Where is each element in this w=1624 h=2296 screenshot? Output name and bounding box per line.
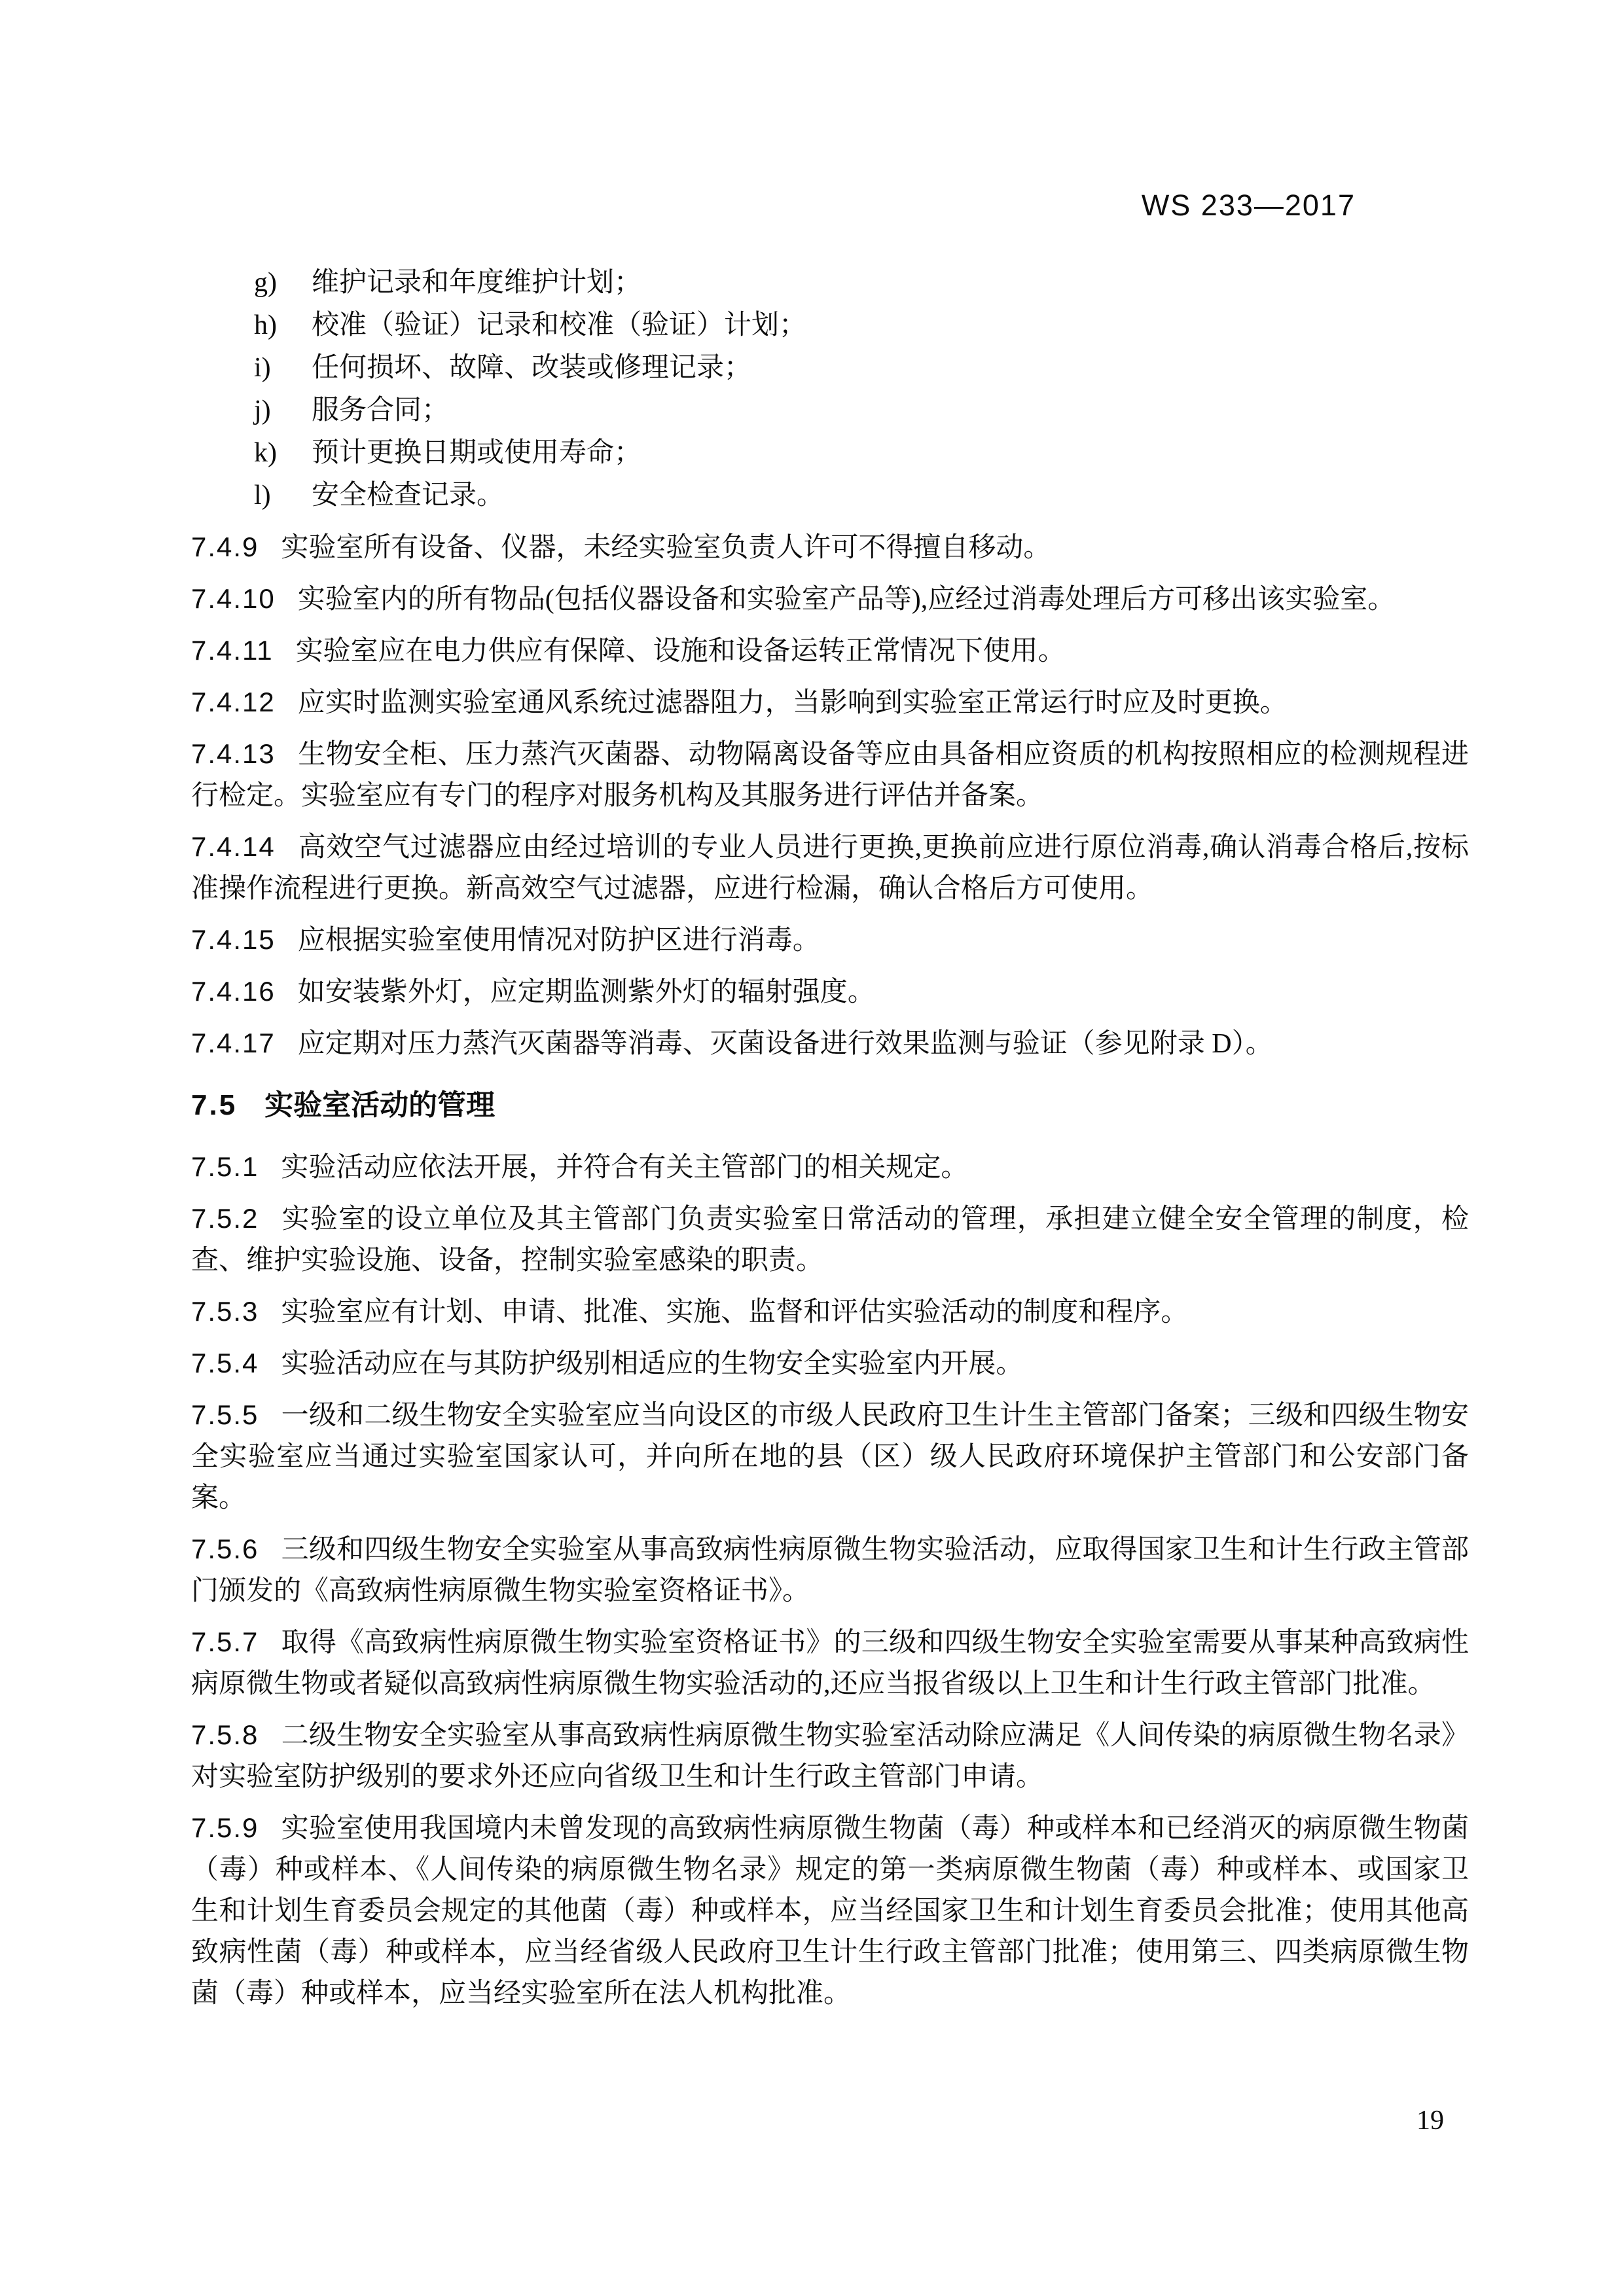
section-number: 7.4.14 bbox=[191, 831, 276, 862]
section-number: 7.4.15 bbox=[191, 924, 276, 955]
section-number: 7.5.7 bbox=[191, 1626, 259, 1657]
section-text: 高效空气过滤器应由经过培训的专业人员进行更换,更换前应进行原位消毒,确认消毒合格… bbox=[191, 833, 1469, 904]
section-number: 7.4.16 bbox=[191, 976, 276, 1007]
list-item-text: 安全检查记录。 bbox=[312, 475, 1469, 517]
list-item-label: i) bbox=[254, 347, 312, 389]
section-paragraph-7-4-16: 7.4.16如安装紫外灯，应定期监测紫外灯的辐射强度。 bbox=[191, 971, 1469, 1013]
section-text: 实验活动应依法开展，并符合有关主管部门的相关规定。 bbox=[281, 1153, 968, 1183]
section-paragraph-7-4-10: 7.4.10实验室内的所有物品(包括仪器设备和实验室产品等),应经过消毒处理后方… bbox=[191, 578, 1469, 620]
section-paragraph-7-5-1: 7.5.1实验活动应依法开展，并符合有关主管部门的相关规定。 bbox=[191, 1146, 1469, 1189]
section-number: 7.4.9 bbox=[191, 531, 259, 562]
section-paragraph-7-4-12: 7.4.12应实时监测实验室通风系统过滤器阻力，当影响到实验室正常运行时应及时更… bbox=[191, 681, 1469, 724]
section-text: 应定期对压力蒸汽灭菌器等消毒、灭菌设备进行效果监测与验证（参见附录 D）。 bbox=[298, 1029, 1273, 1059]
section-number: 7.4.12 bbox=[191, 687, 276, 717]
section-number: 7.5.1 bbox=[191, 1151, 259, 1182]
section-text: 取得《高致病性病原微生物实验室资格证书》的三级和四级生物安全实验室需要从事某种高… bbox=[191, 1628, 1469, 1699]
list-item: i) 任何损坏、故障、改装或修理记录； bbox=[254, 347, 1469, 389]
section-paragraph-7-4-9: 7.4.9实验室所有设备、仪器，未经实验室负责人许可不得擅自移动。 bbox=[191, 526, 1469, 569]
section-number: 7.4.10 bbox=[191, 583, 276, 614]
section-text: 实验室的设立单位及其主管部门负责实验室日常活动的管理，承担建立健全安全管理的制度… bbox=[191, 1204, 1469, 1276]
list-item-text: 任何损坏、故障、改装或修理记录； bbox=[312, 347, 1469, 389]
section-paragraph-7-5-7: 7.5.7取得《高致病性病原微生物实验室资格证书》的三级和四级生物安全实验室需要… bbox=[191, 1621, 1469, 1705]
section-paragraph-7-5-6: 7.5.6三级和四级生物安全实验室从事高致病性病原微生物实验活动，应取得国家卫生… bbox=[191, 1528, 1469, 1612]
heading-number: 7.5 bbox=[191, 1089, 237, 1121]
list-item-label: k) bbox=[254, 432, 312, 475]
list-item-label: l) bbox=[254, 475, 312, 517]
section-paragraph-7-5-8: 7.5.8二级生物安全实验室从事高致病性病原微生物实验室活动除应满足《人间传染的… bbox=[191, 1714, 1469, 1798]
section-text: 二级生物安全实验室从事高致病性病原微生物实验室活动除应满足《人间传染的病原微生物… bbox=[191, 1721, 1469, 1792]
section-number: 7.5.8 bbox=[191, 1719, 259, 1750]
section-number: 7.5.6 bbox=[191, 1534, 259, 1564]
section-number: 7.4.11 bbox=[191, 635, 274, 666]
list-item: g) 维护记录和年度维护计划； bbox=[254, 262, 1469, 304]
section-paragraph-7-5-3: 7.5.3实验室应有计划、申请、批准、实施、监督和评估实验活动的制度和程序。 bbox=[191, 1291, 1469, 1333]
section-text: 实验室应有计划、申请、批准、实施、监督和评估实验活动的制度和程序。 bbox=[281, 1297, 1188, 1327]
section-text: 如安装紫外灯，应定期监测紫外灯的辐射强度。 bbox=[298, 977, 875, 1007]
list-item-label: j) bbox=[254, 389, 312, 432]
document-page: WS 233—2017 g) 维护记录和年度维护计划； h) 校准（验证）记录和… bbox=[0, 0, 1624, 2296]
page-content: g) 维护记录和年度维护计划； h) 校准（验证）记录和校准（验证）计划； i)… bbox=[191, 262, 1469, 2024]
section-text: 应实时监测实验室通风系统过滤器阻力，当影响到实验室正常运行时应及时更换。 bbox=[298, 688, 1288, 718]
list-item: h) 校准（验证）记录和校准（验证）计划； bbox=[254, 304, 1469, 347]
section-number: 7.5.3 bbox=[191, 1296, 259, 1327]
list-item-text: 校准（验证）记录和校准（验证）计划； bbox=[312, 304, 1469, 347]
section-text: 实验室内的所有物品(包括仪器设备和实验室产品等),应经过消毒处理后方可移出该实验… bbox=[298, 584, 1395, 615]
section-paragraph-7-5-4: 7.5.4实验活动应在与其防护级别相适应的生物安全实验室内开展。 bbox=[191, 1342, 1469, 1385]
section-heading-7-5: 7.5实验室活动的管理 bbox=[191, 1085, 1469, 1126]
section-paragraph-7-5-2: 7.5.2实验室的设立单位及其主管部门负责实验室日常活动的管理，承担建立健全安全… bbox=[191, 1198, 1469, 1282]
section-text: 实验室使用我国境内未曾发现的高致病性病原微生物菌（毒）种或样本和已经消灭的病原微… bbox=[191, 1814, 1469, 2009]
page-number: 19 bbox=[1416, 2105, 1444, 2136]
section-paragraph-7-5-9: 7.5.9实验室使用我国境内未曾发现的高致病性病原微生物菌（毒）种或样本和已经消… bbox=[191, 1807, 1469, 2015]
section-text: 实验室应在电力供应有保障、设施和设备运转正常情况下使用。 bbox=[296, 636, 1066, 666]
section-text: 三级和四级生物安全实验室从事高致病性病原微生物实验活动，应取得国家卫生和计生行政… bbox=[191, 1535, 1469, 1606]
list-item-text: 服务合同； bbox=[312, 389, 1469, 432]
section-text: 应根据实验室使用情况对防护区进行消毒。 bbox=[298, 925, 820, 956]
list-item: j) 服务合同； bbox=[254, 389, 1469, 432]
section-number: 7.5.2 bbox=[191, 1203, 259, 1234]
list-item-label: g) bbox=[254, 262, 312, 304]
heading-title: 实验室活动的管理 bbox=[264, 1089, 495, 1121]
list-item-text: 维护记录和年度维护计划； bbox=[312, 262, 1469, 304]
section-paragraph-7-4-13: 7.4.13生物安全柜、压力蒸汽灭菌器、动物隔离设备等应由具备相应资质的机构按照… bbox=[191, 733, 1469, 817]
section-number: 7.4.17 bbox=[191, 1028, 276, 1058]
section-text: 实验室所有设备、仪器，未经实验室负责人许可不得擅自移动。 bbox=[281, 533, 1051, 563]
section-number: 7.4.13 bbox=[191, 738, 276, 769]
section-paragraph-7-4-17: 7.4.17应定期对压力蒸汽灭菌器等消毒、灭菌设备进行效果监测与验证（参见附录 … bbox=[191, 1022, 1469, 1065]
section-number: 7.5.9 bbox=[191, 1812, 259, 1843]
section-paragraph-7-5-5: 7.5.5一级和二级生物安全实验室应当向设区的市级人民政府卫生计生主管部门备案；… bbox=[191, 1394, 1469, 1519]
section-text: 生物安全柜、压力蒸汽灭菌器、动物隔离设备等应由具备相应资质的机构按照相应的检测规… bbox=[191, 740, 1469, 811]
list-item: l) 安全检查记录。 bbox=[254, 475, 1469, 517]
list-item-label: h) bbox=[254, 304, 312, 347]
section-paragraph-7-4-11: 7.4.11实验室应在电力供应有保障、设施和设备运转正常情况下使用。 bbox=[191, 630, 1469, 672]
standard-code-header: WS 233—2017 bbox=[0, 188, 1356, 223]
section-text: 实验活动应在与其防护级别相适应的生物安全实验室内开展。 bbox=[281, 1349, 1023, 1379]
section-number: 7.5.5 bbox=[191, 1399, 259, 1430]
list-item: k) 预计更换日期或使用寿命； bbox=[254, 432, 1469, 475]
section-text: 一级和二级生物安全实验室应当向设区的市级人民政府卫生计生主管部门备案；三级和四级… bbox=[191, 1401, 1469, 1513]
list-item-text: 预计更换日期或使用寿命； bbox=[312, 432, 1469, 475]
section-paragraph-7-4-15: 7.4.15应根据实验室使用情况对防护区进行消毒。 bbox=[191, 919, 1469, 961]
section-number: 7.5.4 bbox=[191, 1348, 259, 1378]
section-paragraph-7-4-14: 7.4.14高效空气过滤器应由经过培训的专业人员进行更换,更换前应进行原位消毒,… bbox=[191, 826, 1469, 910]
lettered-list: g) 维护记录和年度维护计划； h) 校准（验证）记录和校准（验证）计划； i)… bbox=[254, 262, 1469, 517]
